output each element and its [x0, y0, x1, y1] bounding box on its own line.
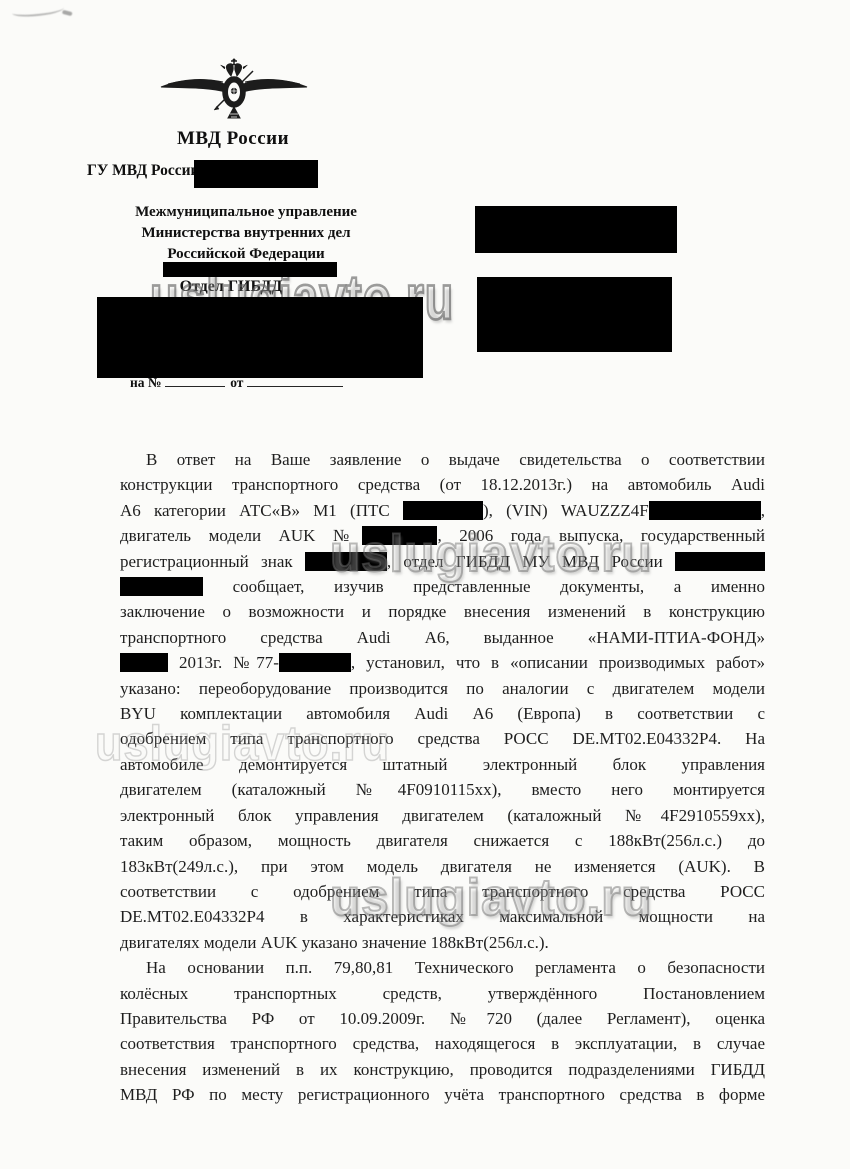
- mvd-double-headed-eagle-icon: [158, 56, 310, 128]
- inline-redaction: [120, 653, 168, 672]
- ministry-title: МВД России: [133, 128, 333, 150]
- body-line: транспортного средства Audi А6, выданное…: [120, 625, 765, 650]
- body-line: указано: переоборудование производится п…: [120, 676, 765, 701]
- body-line: А6 категории АТС«В» М1 (ПТС ), (VIN) WAU…: [120, 498, 765, 523]
- inline-redaction: [120, 577, 203, 596]
- scanner-smudge-artifact: [12, 3, 65, 18]
- body-line: Правительства РФ от 10.09.2009г. №720 (д…: [120, 1006, 765, 1031]
- inline-redaction: [279, 653, 351, 672]
- redaction-box: [194, 160, 318, 188]
- body-line: В ответ на Ваше заявление о выдаче свиде…: [120, 447, 765, 472]
- body-line: соответствия транспортного средства, нах…: [120, 1031, 765, 1056]
- redaction-box: [475, 206, 677, 253]
- body-line: На основании п.п. 79,80,81 Технического …: [120, 955, 765, 980]
- body-line: таким образом, мощность двигателя снижае…: [120, 828, 765, 853]
- body-line: внесения изменений в их конструкцию, про…: [120, 1057, 765, 1082]
- department-line-1: Межмуниципальное управление: [116, 202, 376, 223]
- department-line-2: Министерства внутренних дел: [116, 223, 376, 244]
- body-line: двигателем (каталожный №4F0910115хх), вм…: [120, 777, 765, 802]
- body-line: 2013г. №77-, установил, что в «описании …: [120, 650, 765, 675]
- body-line: электронный блок управления двигателем (…: [120, 803, 765, 828]
- redaction-box: [477, 277, 672, 352]
- redaction-box: [163, 262, 337, 277]
- department-name-block: Межмуниципальное управление Министерства…: [116, 202, 376, 265]
- body-line: двигателях модели AUK указано значение 1…: [120, 930, 765, 955]
- scanned-letter-page: uslugiavto.ruuslugiavto.ruuslugiavto.ruu…: [0, 0, 850, 1169]
- watermark-uslugiavto: uslugiavto.ru: [330, 524, 653, 584]
- inline-redaction: [675, 552, 765, 571]
- body-line: заключение о возможности и порядке внесе…: [120, 599, 765, 624]
- body-line: колёсных транспортных средств, утверждён…: [120, 981, 765, 1006]
- inline-redaction: [403, 501, 483, 520]
- body-line: конструкции транспортного средства (от 1…: [120, 472, 765, 497]
- inline-redaction: [649, 501, 761, 520]
- body-line: МВД РФ по месту регистрационного учёта т…: [120, 1082, 765, 1107]
- watermark-uslugiavto: uslugiavto.ru: [95, 716, 390, 772]
- redaction-box: [97, 297, 423, 378]
- watermark-uslugiavto: uslugiavto.ru: [330, 868, 653, 928]
